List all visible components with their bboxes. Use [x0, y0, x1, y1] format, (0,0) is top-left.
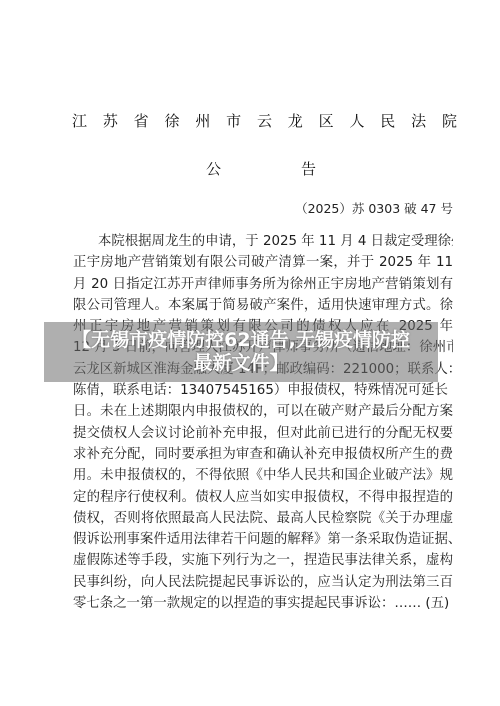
- notice-title: 公 告: [206, 158, 316, 179]
- court-name-char: 民: [380, 110, 395, 131]
- notice-title-char: 告: [301, 158, 316, 179]
- body-line: 假诉讼刑事案件适用法律若干问题的解释》第一条采取伪造证据、: [73, 529, 453, 550]
- court-name-char: 法: [411, 110, 426, 131]
- court-name-char: 云: [257, 110, 272, 131]
- body-line: 限公司管理人。本案属于简易破产案件，适用快速审理方式。徐: [73, 295, 453, 316]
- body-line: 日。未在上述期限内申报债权的，可以在破产财产最后分配方案: [73, 401, 453, 422]
- court-name-char: 人: [349, 110, 364, 131]
- court-name-char: 院: [442, 110, 457, 131]
- case-number: （2025）苏 0303 破 47 号: [295, 199, 453, 217]
- body-line: 定的程序行使权利。债权人应当如实申报债权，不得申报捏造的: [73, 487, 453, 508]
- notice-title-char: 公: [206, 158, 221, 179]
- body-line: 用。未申报债权的，不得依照《中华人民共和国企业破产法》规: [73, 465, 453, 486]
- body-line: 陈倩，联系电话：13407545165）申报债权，特殊情况可延长 15: [73, 380, 453, 401]
- body-line: 债权，否则将依照最高人民法院、最高人民检察院《关于办理虚: [73, 508, 453, 529]
- body-line: 民事纠纷，向人民法院提起民事诉讼的，应当认定为刑法第三百: [73, 572, 453, 593]
- body-line: 零七条之一第一款规定的以捏造的事实提起民事诉讼：…… (五): [73, 593, 453, 614]
- court-name-heading: 江 苏 省 徐 州 市 云 龙 区 人 民 法 院: [72, 110, 457, 131]
- body-line: 月 20 日指定江苏开声律师事务所为徐州正宇房地产营销策划有: [73, 274, 453, 295]
- body-line: 虚假陈述等手段，实施下列行为之一，捏造民事法律关系，虚构: [73, 550, 453, 571]
- court-name-char: 省: [134, 110, 149, 131]
- court-name-char: 龙: [288, 110, 303, 131]
- court-name-char: 苏: [103, 110, 118, 131]
- body-line: 正宇房地产营销策划有限公司破产清算一案，并于 2025 年 11: [73, 252, 453, 273]
- body-line: 提交债权人会议讨论前补充申报，但对此前已进行的分配无权要: [73, 423, 453, 444]
- document-page: 江 苏 省 徐 州 市 云 龙 区 人 民 法 院 公 告 （2025）苏 03…: [0, 0, 500, 706]
- court-name-char: 区: [319, 110, 334, 131]
- article-title-banner: 【无锡市疫情防控62通告,无锡疫情防控最新文件】: [44, 322, 438, 382]
- court-name-char: 徐: [164, 110, 179, 131]
- notice-body: 本院根据周龙生的申请，于 2025 年 11 月 4 日裁定受理徐州 正宇房地产…: [73, 231, 453, 614]
- court-name-char: 江: [72, 110, 87, 131]
- court-name-char: 市: [226, 110, 241, 131]
- body-line: 求补充分配，同时要承担为审查和确认补充申报债权所产生的费: [73, 444, 453, 465]
- body-line: 本院根据周龙生的申请，于 2025 年 11 月 4 日裁定受理徐州: [73, 231, 453, 252]
- article-title: 【无锡市疫情防控62通告,无锡疫情防控最新文件】: [71, 329, 411, 375]
- court-name-char: 州: [195, 110, 210, 131]
